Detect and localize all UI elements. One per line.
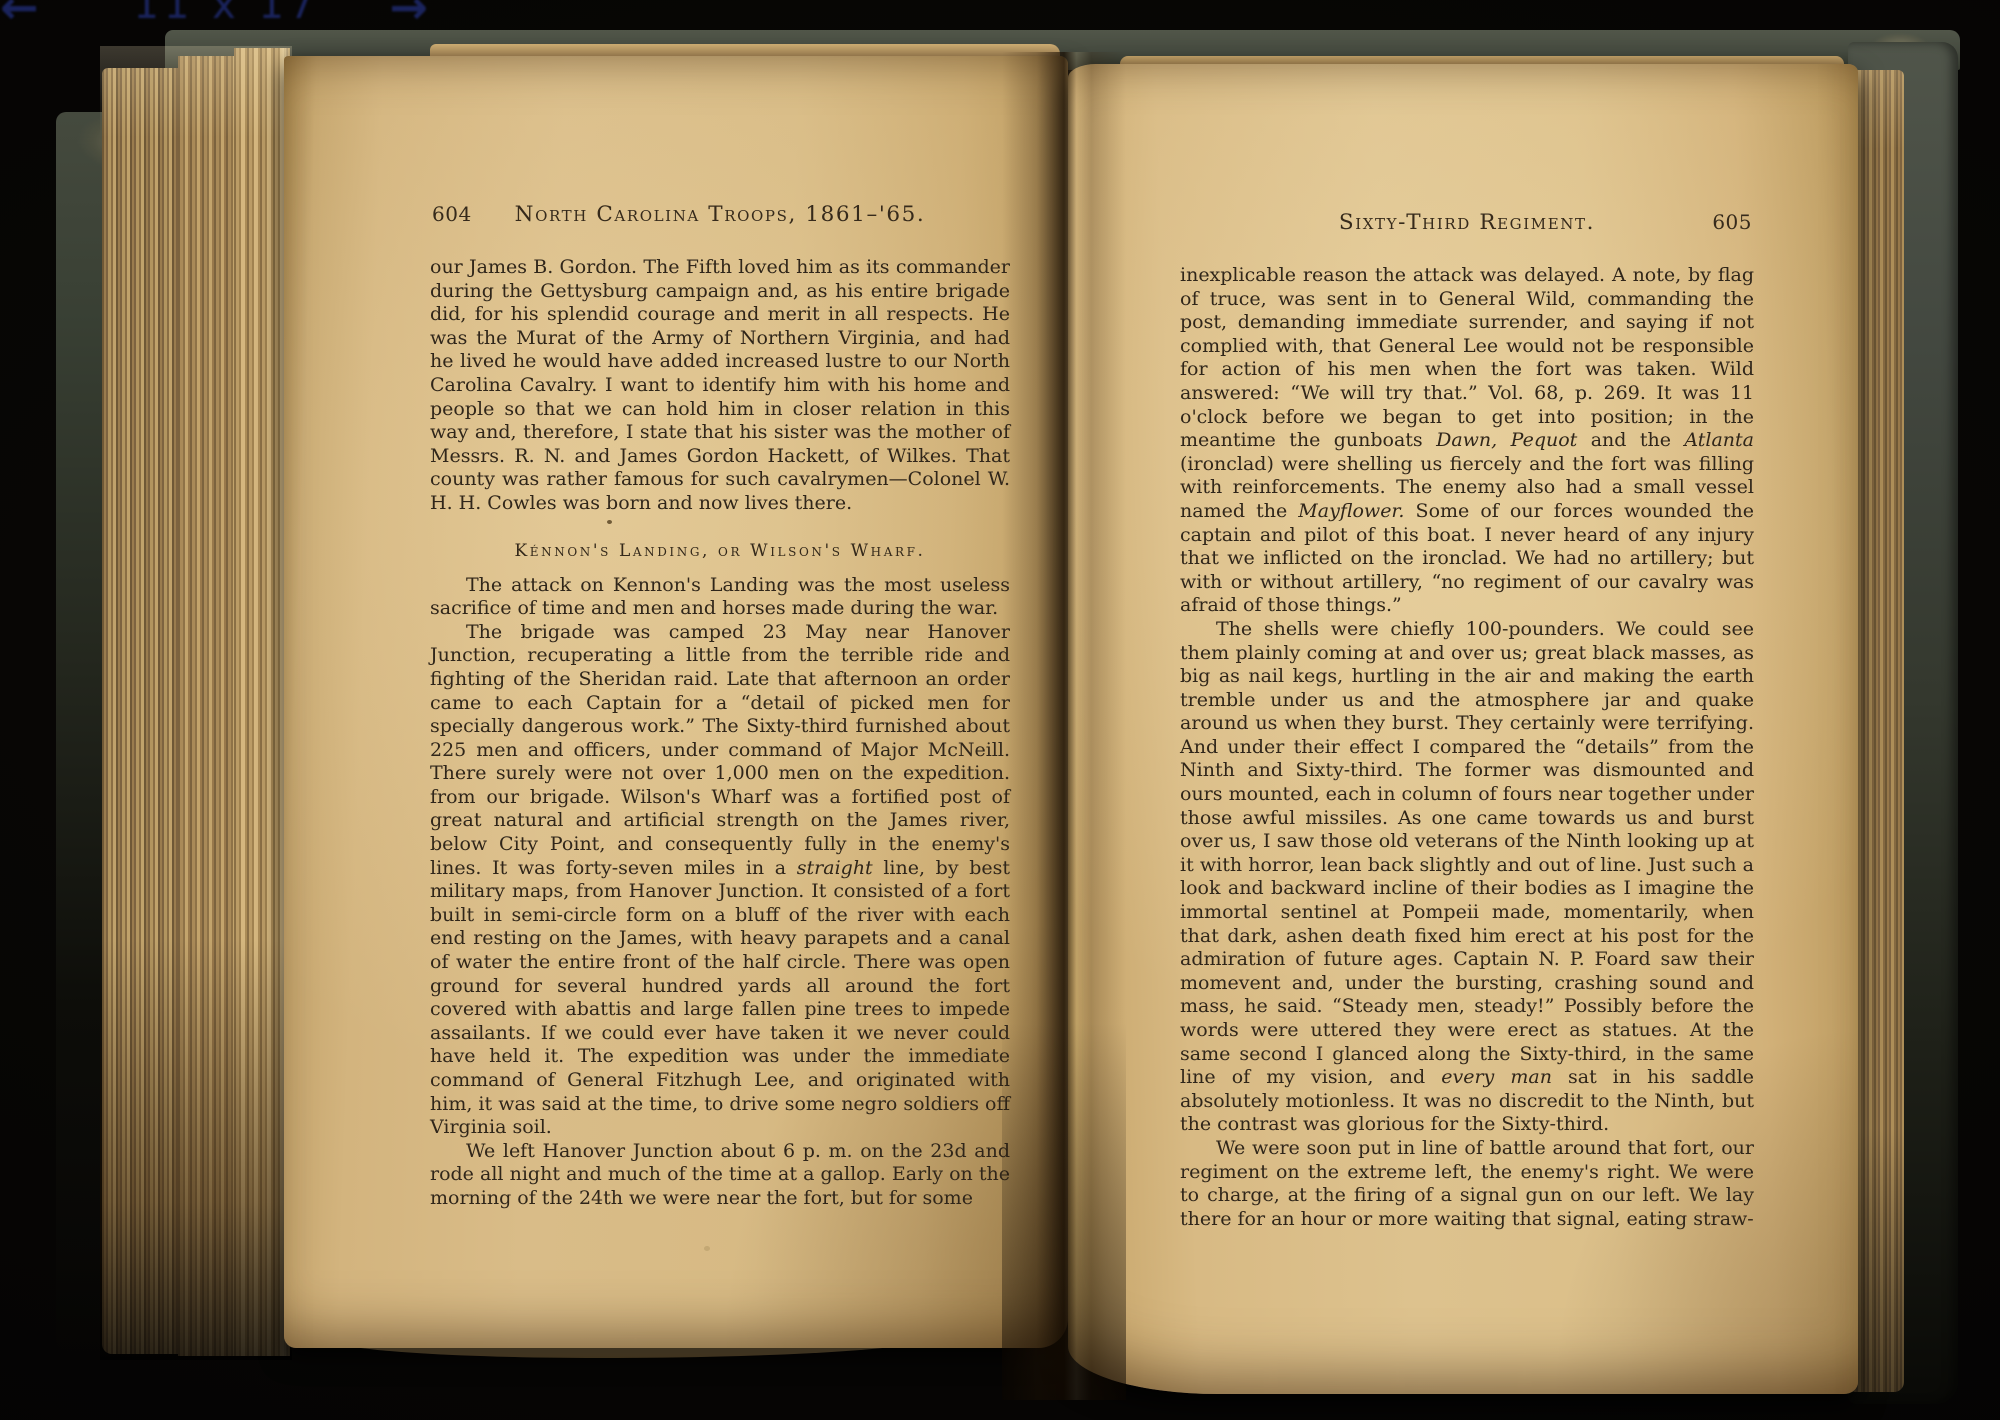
paragraph: We were soon put in line of battle aroun…: [1180, 1137, 1754, 1231]
scanned-book-photo: ← 11 x 17 → 604 North Carolina Troops, 1…: [0, 0, 2000, 1420]
scanner-bed-markings: ← 11 x 17 →: [0, 0, 428, 34]
page-edge-stack-left-middle: [178, 56, 238, 1356]
running-header-title-left: North Carolina Troops, 1861–'65.: [430, 202, 1010, 227]
italic-text: straight: [797, 857, 873, 879]
right-page-text: Sixty-Third Regiment. 605 inexplicable r…: [1180, 210, 1754, 1231]
left-page-text: 604 North Carolina Troops, 1861–'65. our…: [430, 202, 1010, 1211]
paragraph: We left Hanover Junction about 6 p. m. o…: [430, 1140, 1010, 1211]
left-arrow-icon: ←: [0, 0, 39, 34]
left-page-604: 604 North Carolina Troops, 1861–'65. our…: [284, 56, 1068, 1348]
italic-text: Pequot: [1511, 429, 1578, 451]
page-number-left: 604: [432, 202, 472, 226]
paper-size-label: 11 x 17: [134, 0, 320, 28]
paragraph: The attack on Kennon's Landing was the m…: [430, 574, 1010, 621]
italic-text: Atlanta: [1684, 429, 1754, 451]
paragraph: The brigade was camped 23 May near Hanov…: [430, 621, 1010, 1140]
paragraph: The shells were chiefly 100-pounders. We…: [1180, 618, 1754, 1137]
section-heading: Kénnon's Landing, or Wilson's Wharf.: [430, 541, 1010, 561]
right-page-605: Sixty-Third Regiment. 605 inexplicable r…: [1068, 64, 1858, 1394]
page-edge-stack-left-outer: [102, 68, 182, 1354]
paragraph-continuation: inexplicable reason the attack was delay…: [1180, 264, 1754, 618]
italic-text: every man: [1441, 1066, 1552, 1088]
paper-speck: [704, 1246, 710, 1251]
page-edge-stack-left-inner: [234, 48, 290, 1356]
running-head-left: 604 North Carolina Troops, 1861–'65.: [430, 202, 1010, 234]
page-number-right: 605: [1712, 210, 1752, 234]
italic-text: Dawn,: [1436, 429, 1497, 451]
running-head-right: Sixty-Third Regiment. 605: [1180, 210, 1754, 242]
paragraph-continuation: our James B. Gordon. The Fifth loved him…: [430, 256, 1010, 516]
right-arrow-icon: →: [389, 0, 428, 34]
italic-text: Mayflower.: [1298, 500, 1404, 522]
running-header-title-right: Sixty-Third Regiment.: [1180, 210, 1754, 235]
page-edge-stack-right: [1852, 70, 1904, 1392]
